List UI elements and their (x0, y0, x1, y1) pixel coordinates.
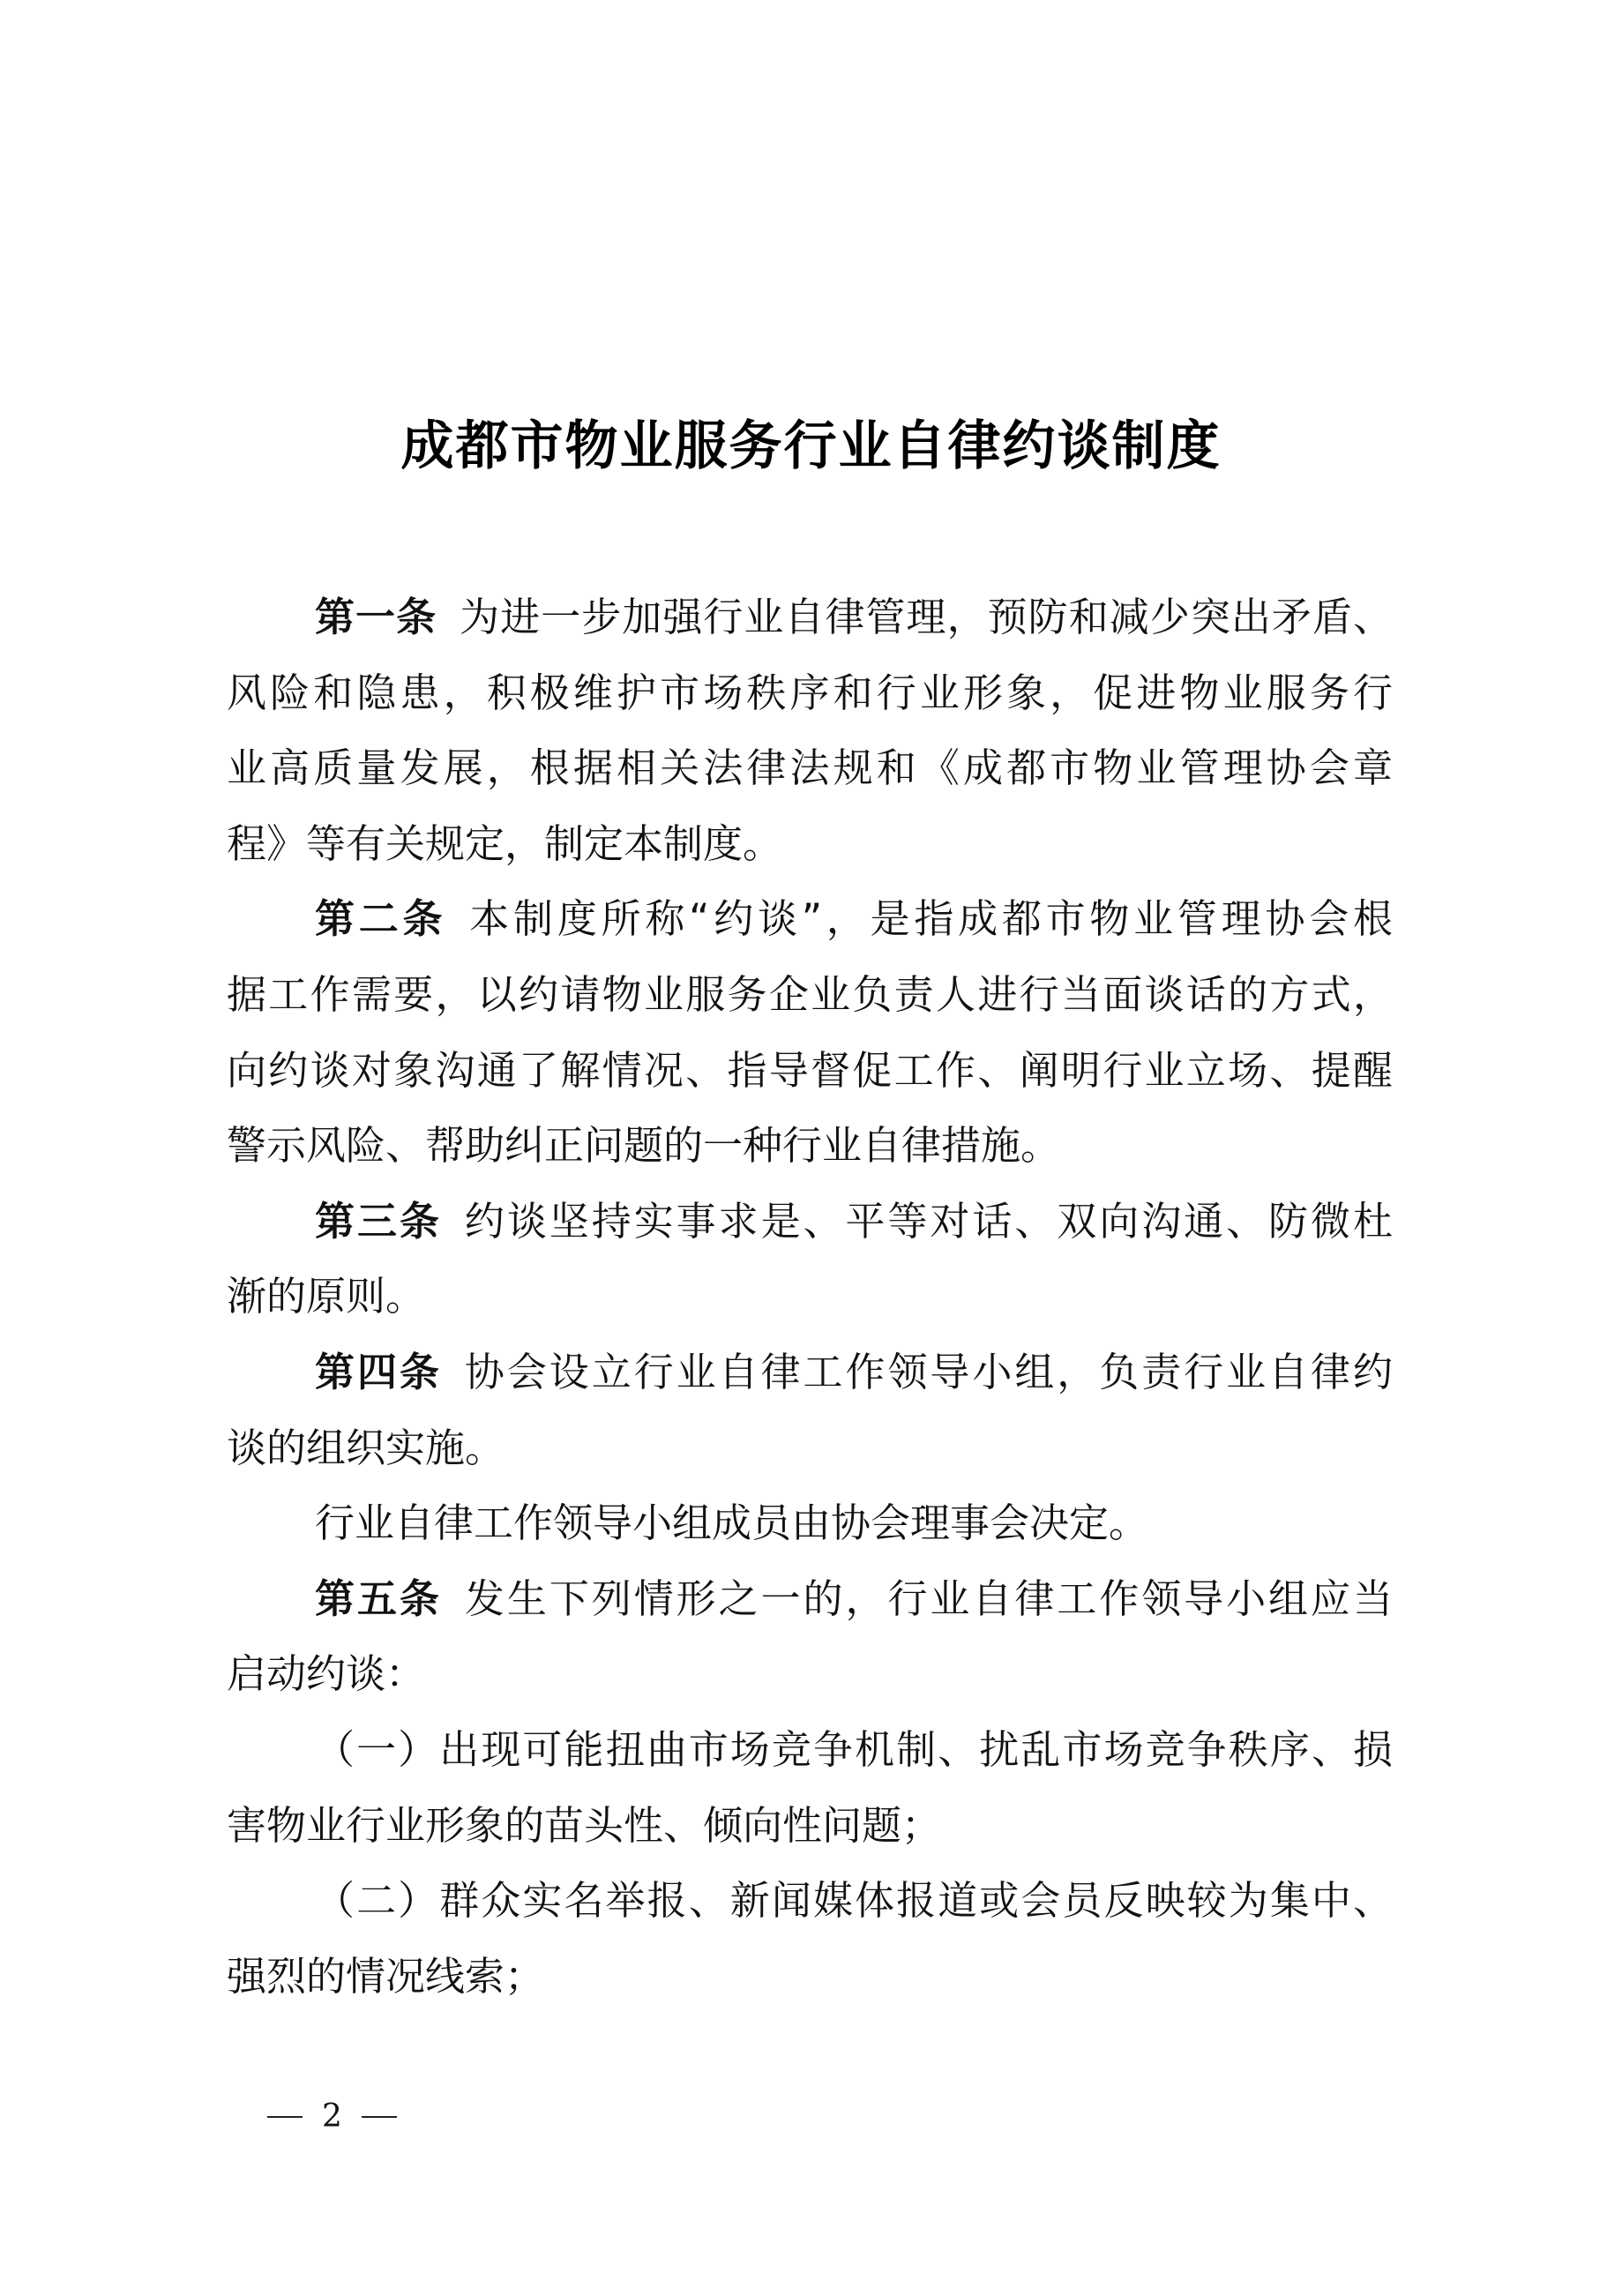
article-5-line-2: 启动约谈： (227, 1636, 1393, 1712)
article-5-text-1: 发生下列情形之一的，行业自律工作领导小组应当 (465, 1575, 1393, 1622)
article-4-line-1: 第四条协会设立行业自律工作领导小组，负责行业自律约 (227, 1335, 1393, 1410)
article-1-text-1: 为进一步加强行业自律管理，预防和减少突出矛盾、 (460, 594, 1393, 640)
article-2-text-1: 本制度所称“约谈”，是指成都市物业管理协会根 (469, 895, 1393, 942)
article-3-line-2: 渐的原则。 (227, 1259, 1393, 1335)
document-title: 成都市物业服务行业自律约谈制度 (0, 411, 1622, 482)
article-2-line-3: 向约谈对象沟通了解情况、指导督促工作、阐明行业立场、提醒 (227, 1033, 1393, 1109)
article-5-line-1: 第五条发生下列情形之一的，行业自律工作领导小组应当 (227, 1561, 1393, 1637)
article-4-lead: 第四条 (315, 1349, 442, 1395)
page-number-left-dash (267, 2116, 303, 2118)
article-2-line-2: 据工作需要，以约请物业服务企业负责人进行当面谈话的方式， (227, 957, 1393, 1033)
article-5-item-1-line-1: （一）出现可能扭曲市场竞争机制、扰乱市场竞争秩序、损 (227, 1712, 1393, 1788)
article-3-lead: 第三条 (315, 1198, 442, 1245)
article-3-line-1: 第三条约谈坚持实事求是、平等对话、双向沟通、防微杜 (227, 1184, 1393, 1260)
document-body: 第一条为进一步加强行业自律管理，预防和减少突出矛盾、 风险和隐患，积极维护市场秩… (227, 580, 1393, 2014)
article-4-text-1: 协会设立行业自律工作领导小组，负责行业自律约 (465, 1349, 1393, 1395)
article-2-line-1: 第二条本制度所称“约谈”，是指成都市物业管理协会根 (227, 881, 1393, 957)
document-page: 成都市物业服务行业自律约谈制度 第一条为进一步加强行业自律管理，预防和减少突出矛… (0, 0, 1622, 2296)
article-1-line-4: 程》等有关规定，制定本制度。 (227, 806, 1393, 882)
article-4-extra-paragraph: 行业自律工作领导小组成员由协会理事会决定。 (227, 1485, 1393, 1561)
article-3-text-1: 约谈坚持实事求是、平等对话、双向沟通、防微杜 (465, 1198, 1393, 1245)
page-number-value: 2 (322, 2098, 342, 2136)
article-1-line-3: 业高质量发展，根据相关法律法规和《成都市物业管理协会章 (227, 730, 1393, 806)
article-1-line-2: 风险和隐患，积极维护市场秩序和行业形象，促进物业服务行 (227, 655, 1393, 731)
article-5-item-2-line-1: （二）群众实名举报、新闻媒体报道或会员反映较为集中、 (227, 1863, 1393, 1939)
article-5-item-2-line-2: 强烈的情况线索； (227, 1939, 1393, 2015)
article-5-item-1-line-2: 害物业行业形象的苗头性、倾向性问题； (227, 1788, 1393, 1864)
page-number: 2 (267, 2098, 397, 2136)
page-number-right-dash (362, 2116, 397, 2118)
article-4-line-2: 谈的组织实施。 (227, 1410, 1393, 1486)
article-2-line-4: 警示风险、帮助纠正问题的一种行业自律措施。 (227, 1108, 1393, 1184)
article-1-line-1: 第一条为进一步加强行业自律管理，预防和减少突出矛盾、 (227, 580, 1393, 655)
article-5-lead: 第五条 (315, 1575, 442, 1622)
article-2-lead: 第二条 (315, 895, 446, 942)
article-1-lead: 第一条 (315, 594, 437, 640)
